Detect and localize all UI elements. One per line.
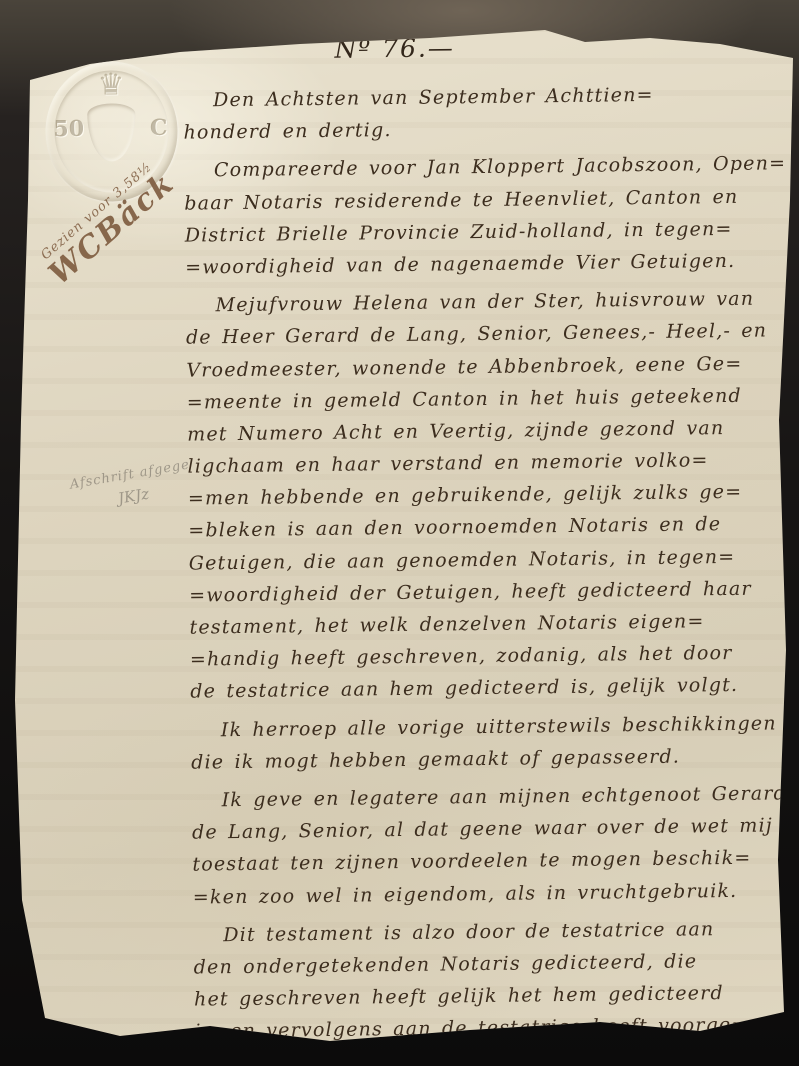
manuscript-line: die ik mogt hebben gemaakt of gepasseerd… <box>191 739 797 779</box>
act-number: Nº 76.— <box>334 32 534 63</box>
stamp-denomination-left: 50 <box>53 116 84 142</box>
crown-icon: ♛ <box>45 67 177 104</box>
manuscript-line: is, en vervolgens aan de testatrice heef… <box>194 1008 799 1048</box>
document-content: ♛ 50 C Gezien voor 3,58½ WCBäck Afschrif… <box>0 0 799 1066</box>
photo-background: ♛ 50 C Gezien voor 3,58½ WCBäck Afschrif… <box>0 0 799 1066</box>
stamp-denomination-right: C <box>150 115 168 141</box>
manuscript-line: =woordigheid van de nagenaemde Vier Getu… <box>185 244 791 284</box>
manuscript-lines: Den Achtsten van September Achttien=hond… <box>183 71 799 1048</box>
manuscript-line: honderd en dertig. <box>183 109 789 149</box>
manuscript-line: =ken zoo wel in eigendom, als in vruchtg… <box>193 874 799 914</box>
document-page: ♛ 50 C Gezien voor 3,58½ WCBäck Afschrif… <box>0 0 799 1066</box>
manuscript-line: de testatrice aan hem gedicteerd is, gel… <box>190 669 796 709</box>
